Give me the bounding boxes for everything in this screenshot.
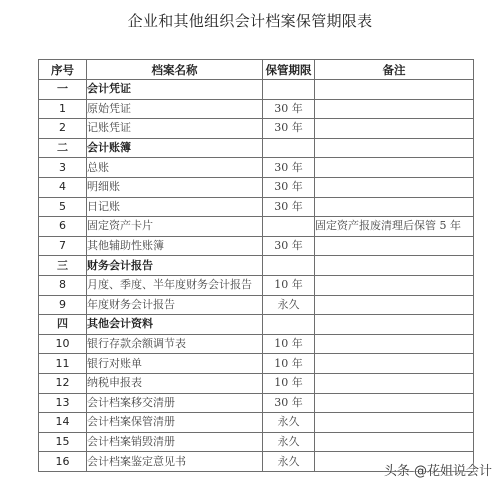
table-row: 3 总账 30 年 [39,158,474,178]
row-no: 7 [39,236,87,256]
row-name: 财务会计报告 [87,256,263,276]
table-row: 8 月度、季度、半年度财务会计报告 10 年 [39,275,474,295]
row-note [315,119,474,139]
row-period: 30 年 [263,99,315,119]
row-name: 记账凭证 [87,119,263,139]
row-no: 三 [39,256,87,276]
row-no: 9 [39,295,87,315]
row-no: 2 [39,119,87,139]
row-note [315,354,474,374]
row-period [263,256,315,276]
row-name: 会计档案移交清册 [87,393,263,413]
row-no: 1 [39,99,87,119]
table-row: 12 纳税申报表 10 年 [39,373,474,393]
row-no: 16 [39,452,87,472]
row-note [315,393,474,413]
section-row: 三 财务会计报告 [39,256,474,276]
row-name: 明细账 [87,177,263,197]
row-name: 会计档案销毁清册 [87,432,263,452]
row-period [263,315,315,335]
row-no: 11 [39,354,87,374]
row-note [315,334,474,354]
row-period: 永久 [263,432,315,452]
row-period: 永久 [263,295,315,315]
row-note [315,177,474,197]
row-no: 8 [39,275,87,295]
document-title: 企业和其他组织会计档案保管期限表 [0,10,500,31]
section-row: 四 其他会计资料 [39,315,474,335]
header-no: 序号 [39,60,87,80]
table-row: 13 会计档案移交清册 30 年 [39,393,474,413]
row-note [315,413,474,433]
section-row: 二 会计账簿 [39,138,474,158]
row-name: 会计凭证 [87,80,263,100]
row-note [315,138,474,158]
row-name: 总账 [87,158,263,178]
row-period: 30 年 [263,393,315,413]
retention-period-table: 序号 档案名称 保管期限 备注 一 会计凭证 1 原始凭证 30 年 2 记账凭… [38,59,474,472]
row-period: 永久 [263,413,315,433]
row-name: 年度财务会计报告 [87,295,263,315]
row-period: 30 年 [263,177,315,197]
row-no: 4 [39,177,87,197]
header-period: 保管期限 [263,60,315,80]
table-row: 1 原始凭证 30 年 [39,99,474,119]
row-period: 30 年 [263,119,315,139]
header-name: 档案名称 [87,60,263,80]
row-no: 10 [39,334,87,354]
header-note: 备注 [315,60,474,80]
row-note [315,236,474,256]
watermark: 头条 @花姐说会计 [384,460,492,479]
row-note [315,432,474,452]
row-period: 10 年 [263,275,315,295]
row-no: 12 [39,373,87,393]
row-note [315,197,474,217]
row-name: 日记账 [87,197,263,217]
row-name: 固定资产卡片 [87,217,263,237]
row-no: 5 [39,197,87,217]
section-row: 一 会计凭证 [39,80,474,100]
row-period: 10 年 [263,373,315,393]
row-name: 银行存款余额调节表 [87,334,263,354]
row-no: 二 [39,138,87,158]
row-period: 10 年 [263,354,315,374]
row-name: 会计档案保管清册 [87,413,263,433]
table-row: 2 记账凭证 30 年 [39,119,474,139]
row-period: 30 年 [263,197,315,217]
table-row: 14 会计档案保管清册 永久 [39,413,474,433]
row-period [263,80,315,100]
row-period [263,217,315,237]
row-no: 3 [39,158,87,178]
table-row: 4 明细账 30 年 [39,177,474,197]
row-period: 30 年 [263,158,315,178]
row-name: 纳税申报表 [87,373,263,393]
table-row: 11 银行对账单 10 年 [39,354,474,374]
row-no: 14 [39,413,87,433]
row-name: 其他会计资料 [87,315,263,335]
row-name: 会计档案鉴定意见书 [87,452,263,472]
row-note [315,295,474,315]
row-name: 银行对账单 [87,354,263,374]
row-note [315,99,474,119]
row-note [315,275,474,295]
row-period [263,138,315,158]
table-row: 7 其他辅助性账簿 30 年 [39,236,474,256]
row-period: 10 年 [263,334,315,354]
row-no: 一 [39,80,87,100]
table-header-row: 序号 档案名称 保管期限 备注 [39,60,474,80]
row-period: 永久 [263,452,315,472]
row-note [315,80,474,100]
row-note [315,158,474,178]
table-row: 9 年度财务会计报告 永久 [39,295,474,315]
table-row: 10 银行存款余额调节表 10 年 [39,334,474,354]
table-row: 15 会计档案销毁清册 永久 [39,432,474,452]
row-name: 月度、季度、半年度财务会计报告 [87,275,263,295]
table-row: 5 日记账 30 年 [39,197,474,217]
row-no: 13 [39,393,87,413]
row-no: 四 [39,315,87,335]
row-name: 会计账簿 [87,138,263,158]
row-note [315,315,474,335]
row-no: 6 [39,217,87,237]
row-note [315,373,474,393]
row-name: 其他辅助性账簿 [87,236,263,256]
row-note: 固定资产报废清理后保管 5 年 [315,217,474,237]
row-no: 15 [39,432,87,452]
table-row: 6 固定资产卡片 固定资产报废清理后保管 5 年 [39,217,474,237]
row-note [315,256,474,276]
row-name: 原始凭证 [87,99,263,119]
row-period: 30 年 [263,236,315,256]
